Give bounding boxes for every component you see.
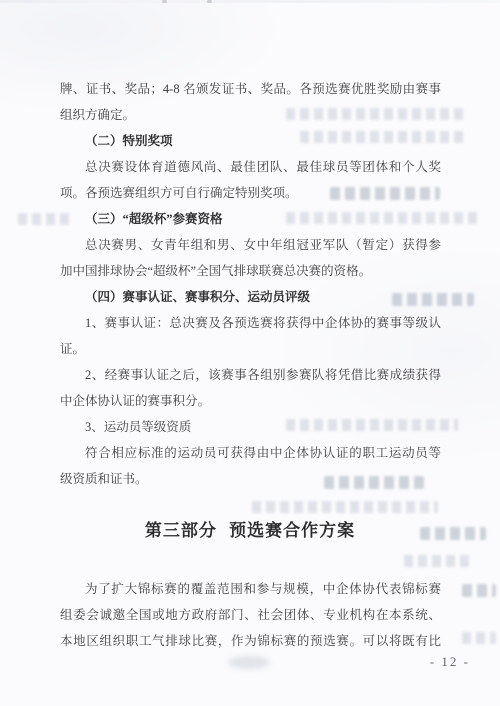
text-line: 2、经赛事认证之后，该赛事各组别参赛队将凭借比赛成绩获得	[60, 362, 441, 388]
page-number: - 12 -	[430, 654, 470, 670]
scan-edge-dot	[207, 0, 212, 3]
scan-smudge	[228, 656, 270, 669]
text-line: 总决赛男、女青年组和男、女中年组冠亚军队（暂定）获得参	[60, 232, 441, 258]
subsection-heading-4: （四）赛事认证、赛事积分、运动员评级	[60, 284, 441, 310]
text-line: 本地区组织职工气排球比赛，作为锦标赛的预选赛。可以将既有比	[60, 628, 441, 654]
text-line: 中企体协认证的赛事积分。	[60, 388, 441, 414]
text-line: 组委会诚邀全国或地方政府部门、社会团体、专业机构在本系统、	[60, 602, 441, 628]
text-line: 牌、证书、奖品；4-8 名颁发证书、奖品。各预选赛优胜奖励由赛事	[60, 76, 441, 102]
text-line: 1、赛事认证：总决赛及各预选赛将获得中企体协的赛事等级认	[60, 310, 441, 336]
text-line: 总决赛设体育道德风尚、最佳团队、最佳球员等团体和个人奖	[60, 154, 441, 180]
text-line: 证。	[60, 336, 441, 362]
text-line: 级资质和证书。	[60, 466, 441, 492]
scan-edge-artifact	[0, 0, 500, 3]
bleedthrough-line	[252, 501, 438, 513]
text-line: 符合相应标准的运动员可获得由中企体协认证的职工运动员等	[60, 440, 441, 466]
scan-edge-dot	[162, 0, 167, 3]
bleedthrough-line	[462, 632, 496, 644]
text-line: 3、运动员等级资质	[60, 414, 441, 440]
subsection-heading-2: （二）特别奖项	[60, 128, 441, 154]
document-page: 牌、证书、奖品；4-8 名颁发证书、奖品。各预选赛优胜奖励由赛事 组织方确定。 …	[0, 0, 500, 706]
text-line: 为了扩大锦标赛的覆盖范围和参与规模，中企体协代表锦标赛	[60, 576, 441, 602]
text-line: 项。各预选赛组织方可自行确定特别奖项。	[60, 180, 441, 206]
bleedthrough-line	[404, 555, 470, 567]
bleedthrough-line	[462, 584, 496, 597]
section-title: 第三部分 预选赛合作方案	[0, 516, 500, 546]
text-line: 加中国排球协会“超级杯”全国气排球联赛总决赛的资格。	[60, 258, 441, 284]
text-line: 组织方确定。	[60, 102, 441, 128]
subsection-heading-3: （三）“超级杯”参赛资格	[60, 206, 441, 232]
